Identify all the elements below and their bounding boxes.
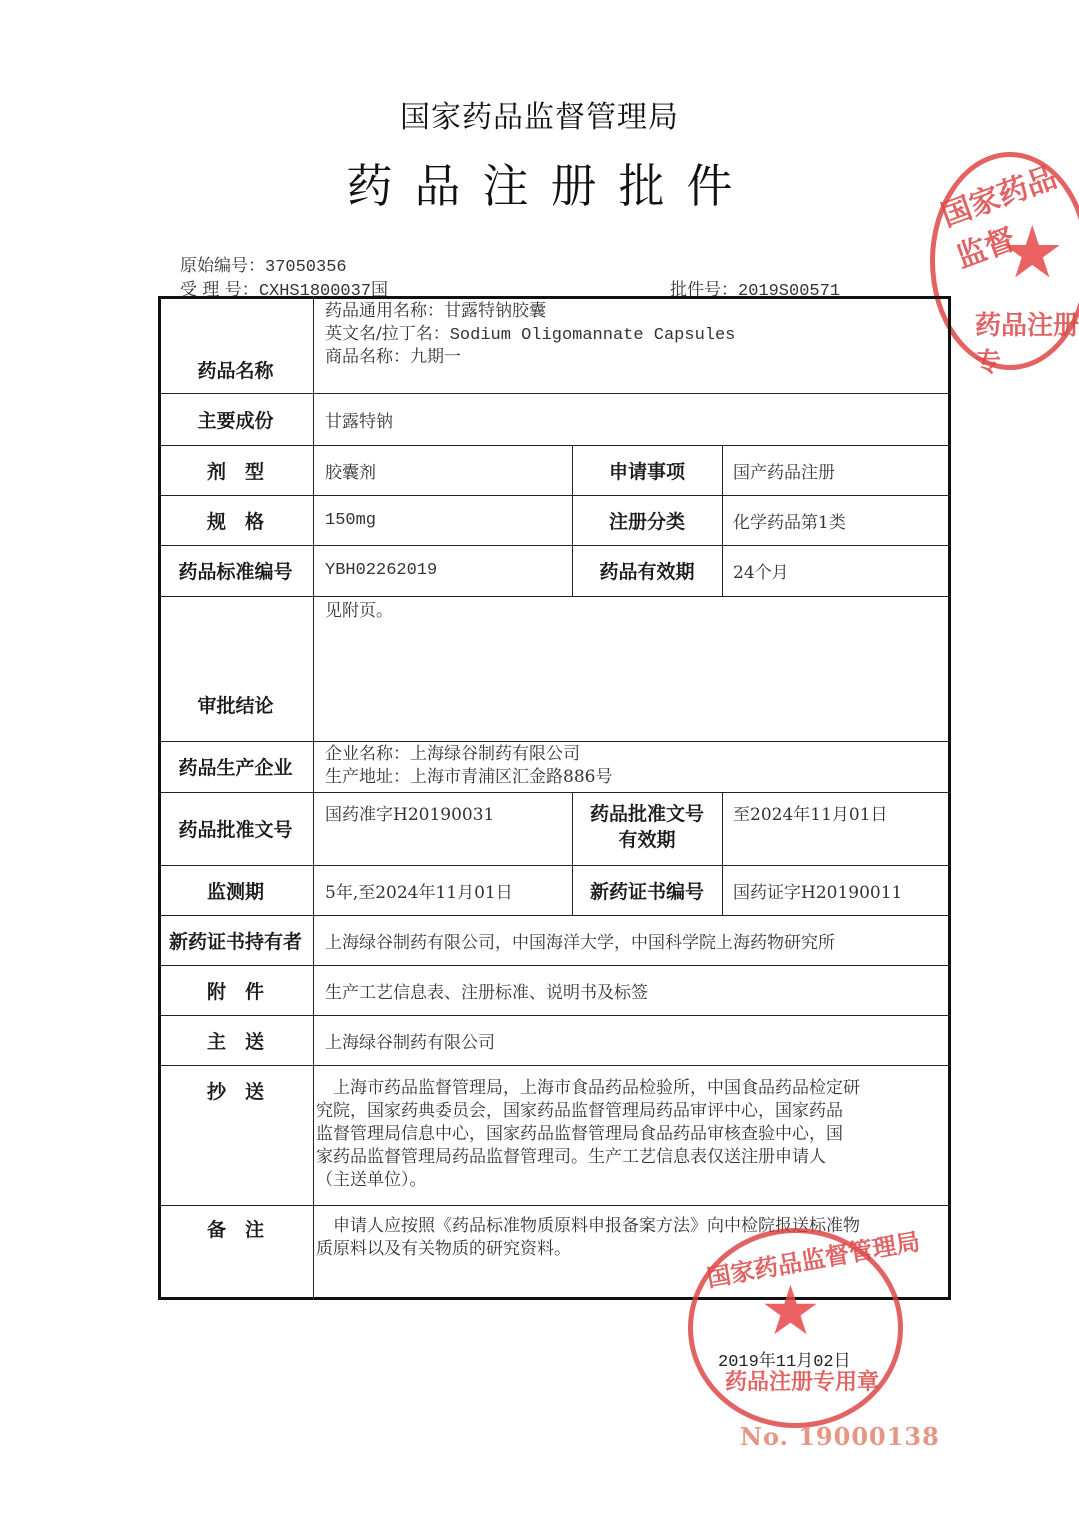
approval-validity-label-line2: 有效期 bbox=[572, 826, 722, 850]
star-icon: ★ bbox=[760, 1272, 821, 1351]
main-ingredient-value: 甘露特钠 bbox=[325, 393, 393, 445]
manufacturer-address: 生产地址：上海市青浦区汇金路886号 bbox=[325, 766, 612, 789]
specification-value: 150mg bbox=[325, 495, 376, 545]
cc-line: 究院，国家药典委员会，国家药品监督管理局药品审评中心，国家药品 bbox=[316, 1100, 843, 1123]
star-icon: ★ bbox=[1000, 210, 1065, 294]
row-divider bbox=[158, 1065, 951, 1066]
application-item-label: 申请事项 bbox=[572, 445, 722, 495]
approval-validity-label-line1: 药品批准文号 bbox=[572, 800, 722, 824]
remarks-line: 质原料以及有关物质的研究资料。 bbox=[316, 1238, 571, 1261]
cc-line: （主送单位）。 bbox=[316, 1169, 427, 1192]
remarks-label: 备 注 bbox=[158, 1213, 313, 1243]
original-number: 原始编号：37050356 bbox=[180, 251, 347, 277]
row-divider bbox=[158, 1205, 951, 1206]
main-ingredient-label: 主要成份 bbox=[158, 393, 313, 445]
attachments-label: 附 件 bbox=[158, 965, 313, 1015]
new-drug-cert-number-label: 新药证书编号 bbox=[572, 865, 722, 915]
conclusion-value: 见附页。 bbox=[325, 600, 393, 623]
serial-number: No. 19000138 bbox=[740, 1422, 940, 1451]
cc-line: 监督管理局信息中心，国家药品监督管理局食品药品审核查验中心，国 bbox=[316, 1123, 843, 1146]
issuing-agency: 国家药品监督管理局 bbox=[0, 92, 1079, 136]
shelf-life-value: 24个月 bbox=[733, 545, 789, 596]
document-title: 药品注册批件 bbox=[0, 150, 1079, 216]
monitoring-period-value: 5年,至2024年11月01日 bbox=[325, 865, 513, 915]
shelf-life-label: 药品有效期 bbox=[572, 545, 722, 596]
specification-label: 规 格 bbox=[158, 495, 313, 545]
seal-top-bottom-text: 药品注册专 bbox=[975, 305, 1079, 379]
dosage-form-value: 胶囊剂 bbox=[325, 445, 376, 495]
original-number-label: 原始编号： bbox=[180, 256, 265, 276]
cc-line: 上海市药品监督管理局，上海市食品药品检验所，中国食品药品检定研 bbox=[316, 1077, 860, 1100]
monitoring-period-label: 监测期 bbox=[158, 865, 313, 915]
column-divider bbox=[313, 296, 314, 1300]
english-name-value: Sodium Oligomannate Capsules bbox=[450, 326, 736, 345]
english-name-label: 英文名/拉丁名： bbox=[325, 324, 450, 344]
cc-label: 抄 送 bbox=[158, 1075, 313, 1105]
drug-name-label: 药品名称 bbox=[158, 345, 313, 393]
trade-name: 商品名称：九期一 bbox=[325, 346, 461, 369]
column-divider bbox=[722, 792, 723, 915]
manufacturer-name: 企业名称：上海绿谷制药有限公司 bbox=[325, 743, 580, 766]
standard-number-label: 药品标准编号 bbox=[158, 545, 313, 596]
cert-holder-value: 上海绿谷制药有限公司，中国海洋大学，中国科学院上海药物研究所 bbox=[325, 915, 835, 965]
manufacturer-label: 药品生产企业 bbox=[158, 741, 313, 792]
generic-name: 药品通用名称：甘露特钠胶囊 bbox=[325, 300, 546, 323]
cert-holder-label: 新药证书持有者 bbox=[158, 915, 313, 965]
english-name: 英文名/拉丁名：Sodium Oligomannate Capsules bbox=[325, 323, 735, 347]
registration-class-label: 注册分类 bbox=[572, 495, 722, 545]
registration-class-value: 化学药品第1类 bbox=[733, 495, 846, 545]
conclusion-label: 审批结论 bbox=[158, 680, 313, 728]
approval-validity-value: 至2024年11月01日 bbox=[733, 804, 888, 827]
application-item-value: 国产药品注册 bbox=[733, 445, 835, 495]
row-divider bbox=[158, 596, 951, 597]
approval-number-label: 药品批准文号 bbox=[158, 792, 313, 865]
attachments-value: 生产工艺信息表、注册标准、说明书及标签 bbox=[325, 965, 648, 1015]
main-recipient-value: 上海绿谷制药有限公司 bbox=[325, 1015, 495, 1065]
issue-date: 2019年11月02日 bbox=[718, 1346, 851, 1372]
dosage-form-label: 剂 型 bbox=[158, 445, 313, 495]
new-drug-cert-number-value: 国药证字H20190011 bbox=[733, 865, 902, 915]
main-recipient-label: 主 送 bbox=[158, 1015, 313, 1065]
cc-line: 家药品监督管理局药品监督管理司。生产工艺信息表仅送注册申请人 bbox=[316, 1146, 826, 1169]
standard-number-value: YBH02262019 bbox=[325, 545, 437, 596]
approval-number-value: 国药准字H20190031 bbox=[325, 804, 494, 827]
column-divider bbox=[722, 445, 723, 596]
